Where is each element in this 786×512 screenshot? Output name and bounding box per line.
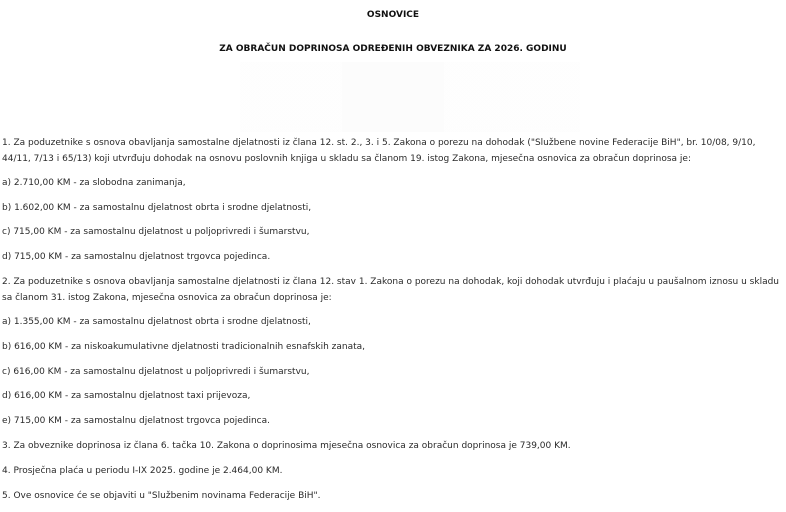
section-2-item-a: a) 1.355,00 KM - za samostalnu djelatnos… [2,314,782,330]
section-3: 3. Za obveznike doprinosa iz člana 6. ta… [2,438,782,454]
section-1-intro: 1. Za poduzetnike s osnova obavljanja sa… [2,135,782,167]
section-1-item-b: b) 1.602,00 KM - za samostalnu djelatnos… [2,200,782,216]
section-1-item-a: a) 2.710,00 KM - za slobodna zanimanja, [2,175,782,191]
section-2-intro: 2. Za poduzetnike s osnova obavljanja sa… [2,274,782,306]
section-2-item-c: c) 616,00 KM - za samostalnu djelatnost … [2,364,782,380]
section-1-item-c: c) 715,00 KM - za samostalnu djelatnost … [2,224,782,240]
section-2-item-d: d) 616,00 KM - za samostalnu djelatnost … [2,388,782,404]
background-watermark [240,62,580,132]
section-2-item-e: e) 715,00 KM - za samostalnu djelatnost … [2,413,782,429]
document-subtitle: ZA OBRAČUN DOPRINOSA ODREĐENIH OBVEZNIKA… [0,44,786,54]
section-5: 5. Ove osnovice će se objaviti u "Službe… [2,488,782,504]
document-title: OSNOVICE [0,10,786,20]
section-2-item-b: b) 616,00 KM - za niskoakumulativne djel… [2,339,782,355]
section-4: 4. Prosječna plaća u periodu I-IX 2025. … [2,463,782,479]
section-1-item-d: d) 715,00 KM - za samostalnu djelatnost … [2,249,782,265]
